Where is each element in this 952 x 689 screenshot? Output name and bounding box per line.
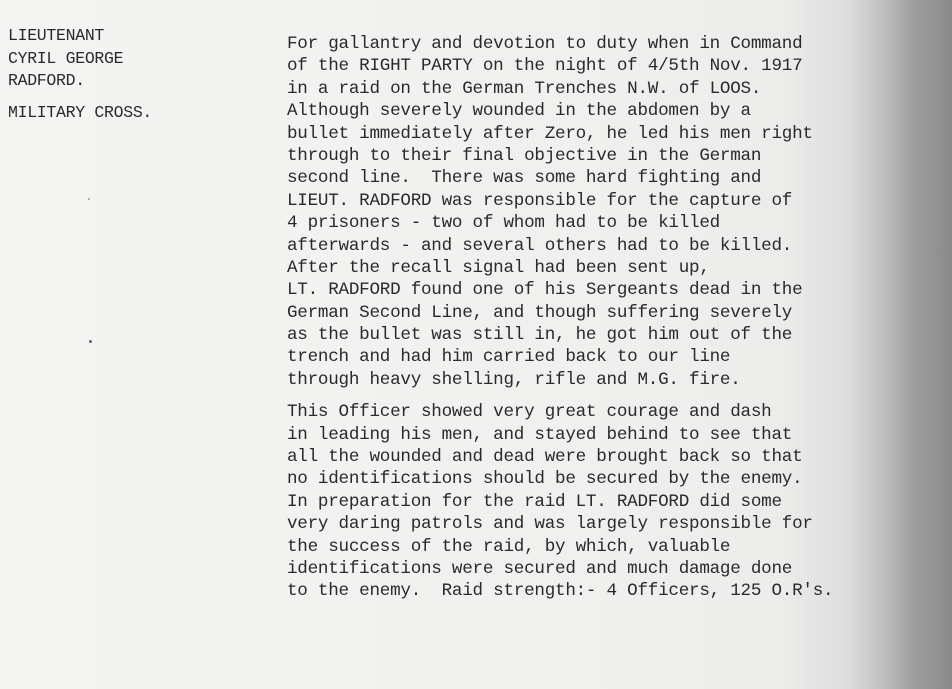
citation-line: to the enemy. Raid strength:- 4 Officers… xyxy=(287,580,952,602)
citation-line: LT. RADFORD found one of his Sergeants d… xyxy=(287,279,952,301)
citation-line: trench and had him carried back to our l… xyxy=(287,346,952,368)
recipient-surname: RADFORD. xyxy=(8,70,152,93)
citation-line: After the recall signal had been sent up… xyxy=(287,257,952,279)
paper-speck xyxy=(88,198,90,200)
citation-line: very daring patrols and was largely resp… xyxy=(287,513,952,535)
typewritten-page: LIEUTENANT CYRIL GEORGE RADFORD. MILITAR… xyxy=(0,0,952,689)
citation-line: the success of the raid, by which, valua… xyxy=(287,536,952,558)
citation-line: This Officer showed very great courage a… xyxy=(287,401,952,423)
citation-line: through to their final objective in the … xyxy=(287,145,952,167)
citation-line: through heavy shelling, rifle and M.G. f… xyxy=(287,369,952,391)
citation-paragraph-1: For gallantry and devotion to duty when … xyxy=(287,33,952,391)
citation-line: in a raid on the German Trenches N.W. of… xyxy=(287,78,952,100)
citation-line: 4 prisoners - two of whom had to be kill… xyxy=(287,212,952,234)
citation-line: Although severely wounded in the abdomen… xyxy=(287,100,952,122)
recipient-block: LIEUTENANT CYRIL GEORGE RADFORD. MILITAR… xyxy=(8,25,152,124)
citation-line: In preparation for the raid LT. RADFORD … xyxy=(287,491,952,513)
citation-body: For gallantry and devotion to duty when … xyxy=(287,33,952,603)
citation-line: second line. There was some hard fightin… xyxy=(287,167,952,189)
citation-line: bullet immediately after Zero, he led hi… xyxy=(287,123,952,145)
recipient-given-names: CYRIL GEORGE xyxy=(8,48,152,71)
citation-line: German Second Line, and though suffering… xyxy=(287,302,952,324)
citation-line: of the RIGHT PARTY on the night of 4/5th… xyxy=(287,55,952,77)
citation-line: LIEUT. RADFORD was responsible for the c… xyxy=(287,190,952,212)
recipient-rank: LIEUTENANT xyxy=(8,25,152,48)
citation-line: as the bullet was still in, he got him o… xyxy=(287,324,952,346)
award-title: MILITARY CROSS. xyxy=(8,102,152,125)
citation-line: all the wounded and dead were brought ba… xyxy=(287,446,952,468)
citation-line: For gallantry and devotion to duty when … xyxy=(287,33,952,55)
citation-line: in leading his men, and stayed behind to… xyxy=(287,424,952,446)
citation-line: identifications were secured and much da… xyxy=(287,558,952,580)
paper-speck xyxy=(89,340,92,343)
citation-paragraph-2: This Officer showed very great courage a… xyxy=(287,401,952,603)
citation-line: no identifications should be secured by … xyxy=(287,468,952,490)
citation-line: afterwards - and several others had to b… xyxy=(287,235,952,257)
